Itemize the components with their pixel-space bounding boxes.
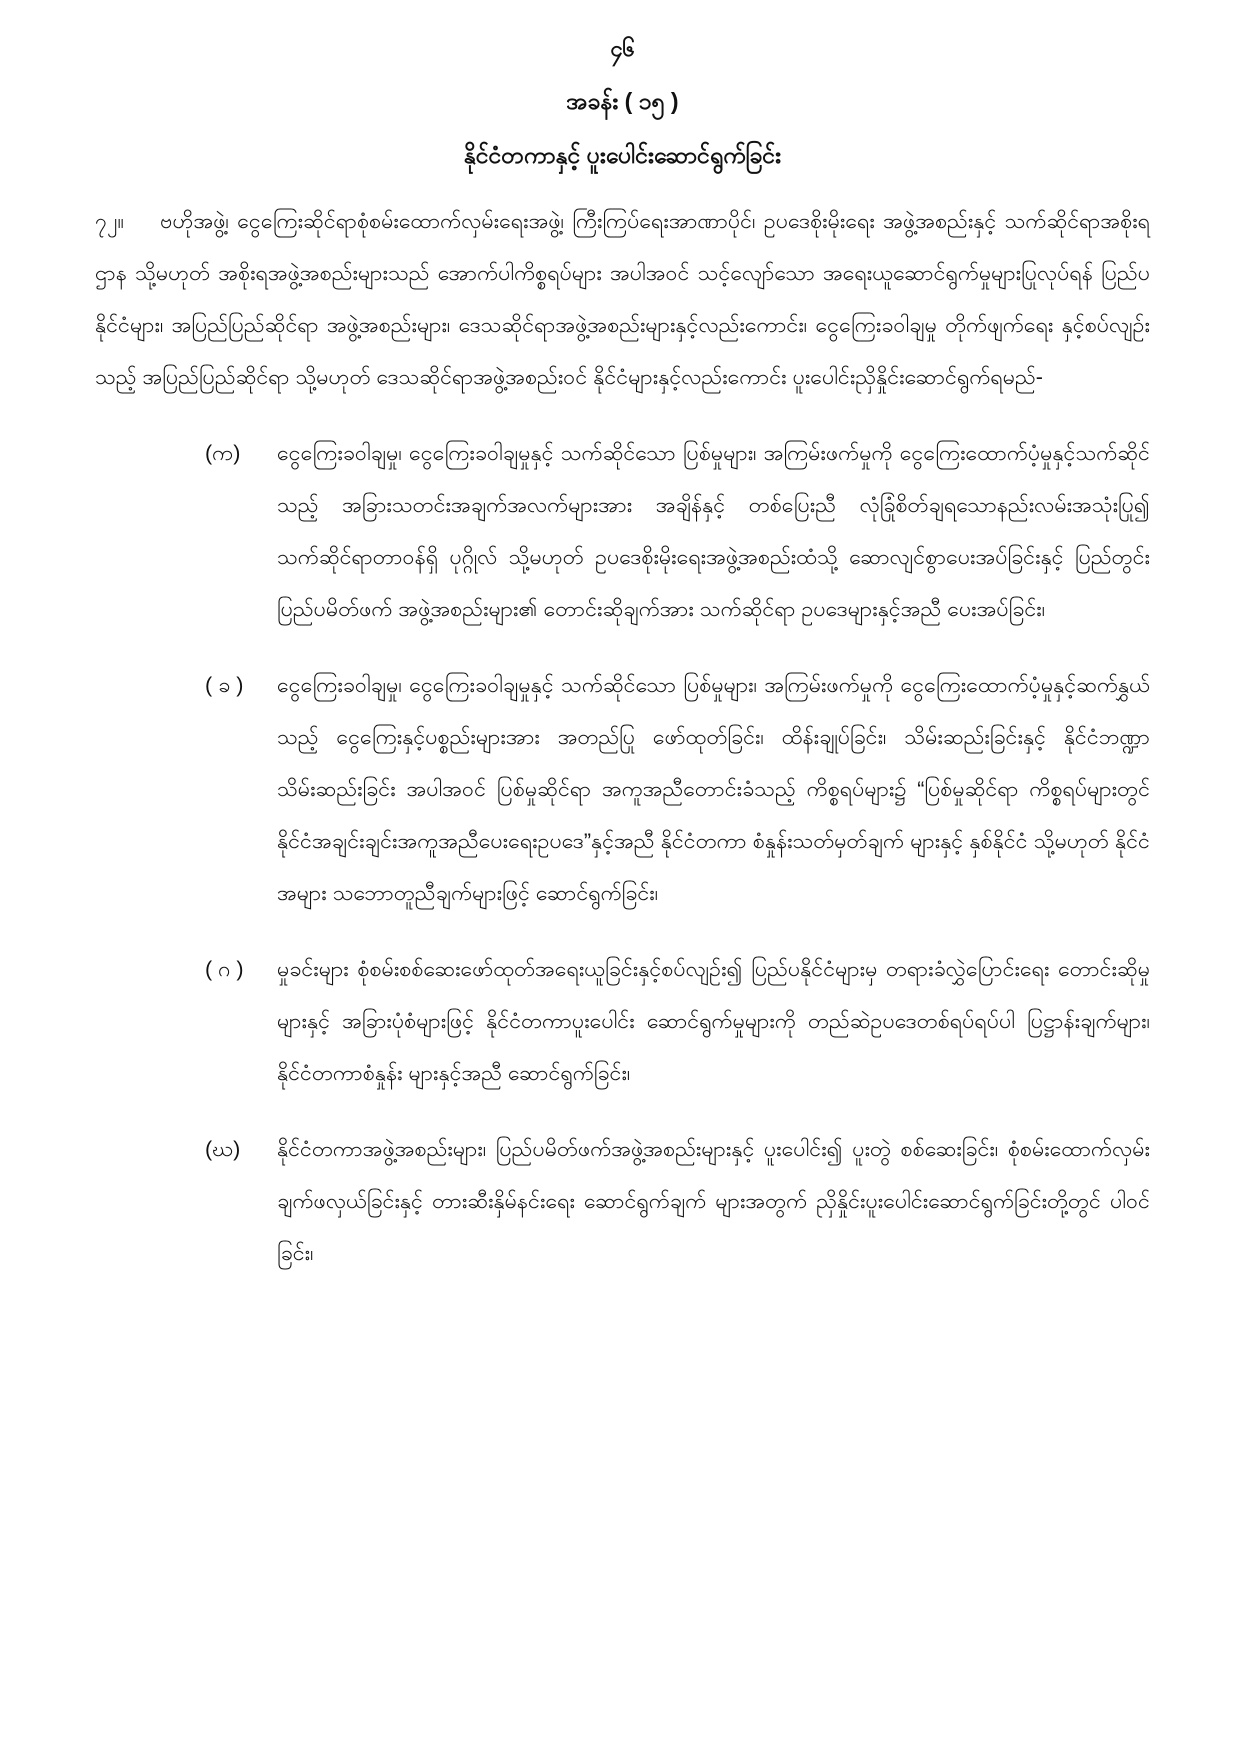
clause-ka: (က) ငွေကြေးခဝါချမှု၊ ငွေကြေးခဝါချမှုနှင့… xyxy=(205,427,1150,635)
page-number: ၄၆ xyxy=(95,34,1150,65)
clause-kha-text: ငွေကြေးခဝါချမှု၊ ငွေကြေးခဝါချမှုနှင့် သက… xyxy=(277,659,1150,919)
clause-ga-label: ( ဂ ) xyxy=(205,943,277,995)
clause-gha-label: (ဃ) xyxy=(205,1123,277,1175)
paragraph-number: ၇၂။ xyxy=(95,195,124,247)
intro-paragraph: ၇၂။ဗဟိုအဖွဲ့၊ ငွေကြေးဆိုင်ရာစုံစမ်းထောက်… xyxy=(95,195,1150,403)
clause-ga-text: မှုခင်းများ စုံစမ်းစစ်ဆေးဖော်ထုတ်အရေးယူခ… xyxy=(277,943,1150,1099)
clause-ga: ( ဂ ) မှုခင်းများ စုံစမ်းစစ်ဆေးဖော်ထုတ်အ… xyxy=(205,943,1150,1099)
clause-kha-label: ( ခ ) xyxy=(205,659,277,711)
clause-ka-text: ငွေကြေးခဝါချမှု၊ ငွေကြေးခဝါချမှုနှင့် သက… xyxy=(277,427,1150,635)
clause-kha: ( ခ ) ငွေကြေးခဝါချမှု၊ ငွေကြေးခဝါချမှုနှ… xyxy=(205,659,1150,919)
document-page: ၄၆ အခန်း ( ၁၅ ) နိုင်ငံတကာနှင့် ပူးပေါင်… xyxy=(0,0,1241,1754)
chapter-heading: အခန်း ( ၁၅ ) xyxy=(95,85,1150,117)
clause-ka-label: (က) xyxy=(205,427,277,479)
clause-gha: (ဃ) နိုင်ငံတကာအဖွဲ့အစည်းများ၊ ပြည်ပမိတ်ဖ… xyxy=(205,1123,1150,1279)
section-heading: နိုင်ငံတကာနှင့် ပူးပေါင်းဆောင်ရွက်ခြင်း xyxy=(95,139,1150,171)
paragraph-text: ဗဟိုအဖွဲ့၊ ငွေကြေးဆိုင်ရာစုံစမ်းထောက်လှမ… xyxy=(95,209,1150,389)
clause-gha-text: နိုင်ငံတကာအဖွဲ့အစည်းများ၊ ပြည်ပမိတ်ဖက်အဖ… xyxy=(277,1123,1150,1279)
